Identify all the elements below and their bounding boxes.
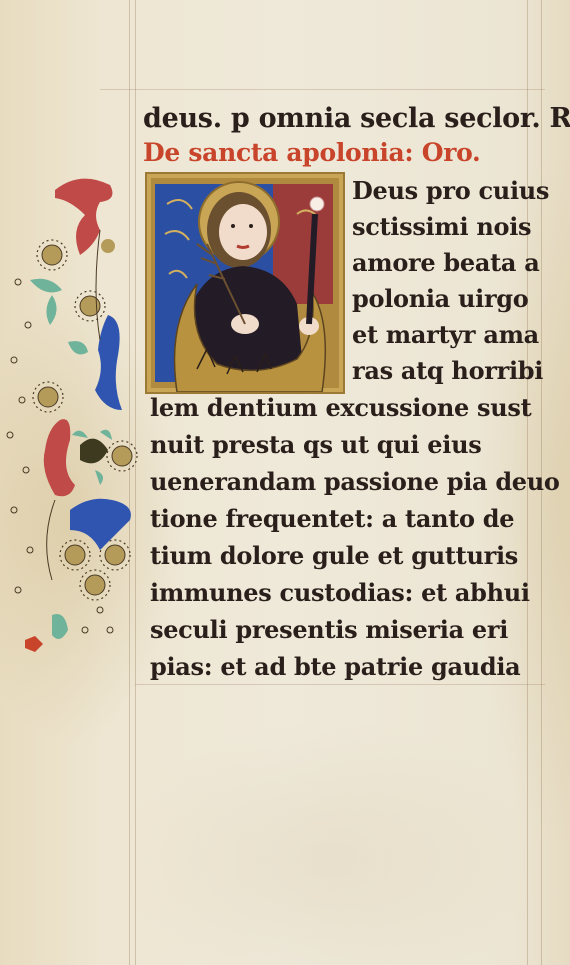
historiated-initial-d xyxy=(145,172,345,394)
text-line: polonia uirgo xyxy=(352,284,529,313)
text-line: amore beata a xyxy=(352,248,539,277)
text-line: lem dentium excussione sust xyxy=(150,393,531,422)
text-line: ras atq horribi xyxy=(352,356,543,385)
text-line: pias: et ad bte patrie gaudia xyxy=(150,652,520,681)
text-line: seculi presentis miseria eri xyxy=(150,615,508,644)
text-line: tium dolore gule et gutturis xyxy=(150,541,518,570)
text-line: Deus pro cuius xyxy=(352,176,549,205)
ruling-line-bottom xyxy=(135,684,545,685)
ruling-line-top xyxy=(100,89,545,90)
manuscript-page: deus. p omnia secla seclor. R. De sancta… xyxy=(0,0,570,965)
text-line: uenerandam passione pia deuo xyxy=(150,467,560,496)
marginal-floral-border-icon xyxy=(0,170,145,670)
rubric-heading: De sancta apolonia: Oro. xyxy=(143,138,480,167)
text-line-continuation: deus. p omnia secla seclor. R. xyxy=(143,103,570,134)
saint-apollonia-figure-icon xyxy=(147,174,343,392)
text-line: et martyr ama xyxy=(352,320,539,349)
text-line: nuit presta qs ut qui eius xyxy=(150,430,481,459)
text-line: tione frequentet: a tanto de xyxy=(150,504,514,533)
text-line: sctissimi nois xyxy=(352,212,531,241)
text-line: immunes custodias: et abhui xyxy=(150,578,530,607)
